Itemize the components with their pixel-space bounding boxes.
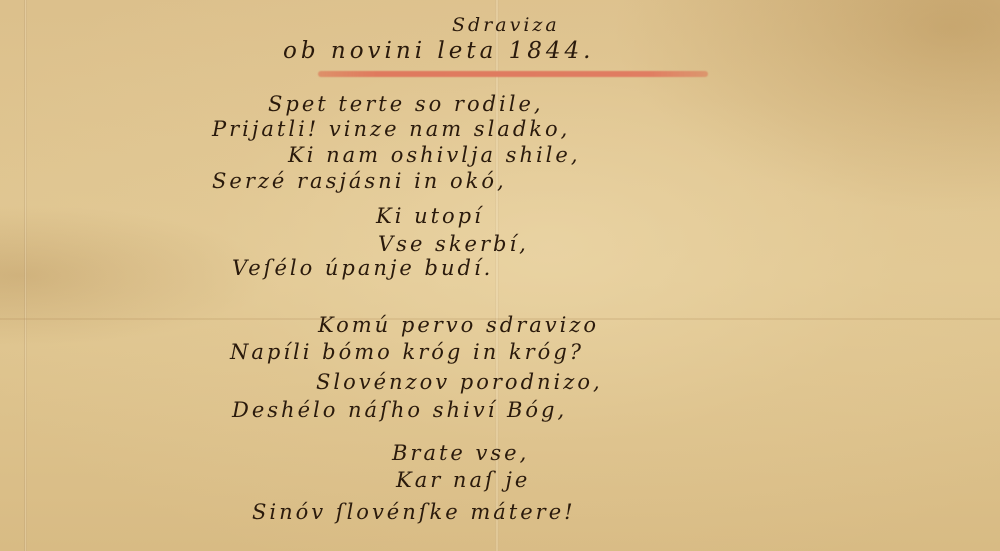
- verse-line: Komú pervo sdravizo: [318, 313, 599, 337]
- verse-line: Ki utopí: [376, 204, 484, 228]
- manuscript-subtitle: ob novini leta 1844.: [283, 38, 594, 64]
- verse-line: Vse skerbí,: [378, 232, 529, 256]
- verse-line: Slovénzov porodnizo,: [316, 370, 603, 394]
- verse-line: Brate vse,: [392, 441, 529, 465]
- verse-line: Sinóv ſlovénſke mátere!: [252, 500, 576, 524]
- verse-line: Prijatli! vinze nam sladko,: [212, 117, 570, 141]
- verse-line: Deshélo náſho shiví Bóg,: [232, 398, 567, 422]
- manuscript-title: Sdraviza: [452, 14, 560, 36]
- verse-line: Serzé rasjásni in okó,: [212, 169, 507, 193]
- verse-line: Kar naſ je: [396, 468, 530, 492]
- verse-line: Napíli bómo króg in króg?: [230, 340, 584, 364]
- verse-line: Veſélo úpanje budí.: [232, 256, 493, 280]
- manuscript: Sdraviza ob novini leta 1844. Spet terte…: [0, 0, 1000, 551]
- verse-line: Spet terte so rodile,: [268, 92, 544, 116]
- verse-line: Ki nam oshivlja shile,: [288, 143, 581, 167]
- red-underline: [318, 71, 708, 77]
